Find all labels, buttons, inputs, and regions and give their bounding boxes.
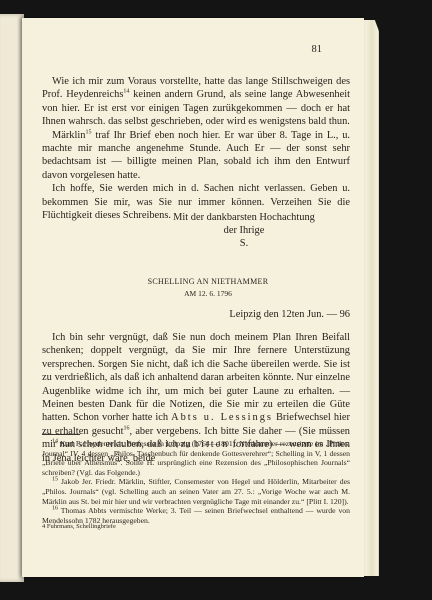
footnote: 14 Karl F. Heydenreich, Professor in Lei… [42,439,350,477]
footnote-number: 16 [52,506,58,512]
paragraph: Märklin15 traf Ihr Brief eben noch hier.… [42,129,350,183]
paragraph-text: traf Ihr Brief eben noch hier. Er war üb… [42,130,350,181]
closing-signature: S. [42,237,350,250]
paragraph-text: Märklin [52,130,85,141]
facing-page-text-fragment [2,74,16,544]
letter-closing: Mit der dankbarsten Hochachtung der Ihri… [42,211,350,250]
footnotes: 14 Karl F. Heydenreich, Professor in Lei… [42,439,350,525]
footnote-number: 14 [52,438,58,444]
dateline: Leipzig den 12ten Jun. — 96 [42,309,350,320]
footnote-number: 15 [52,477,58,483]
page-number: 81 [312,44,323,55]
paragraph-text: Ich bin sehr vergnügt, daß Sie nun doch … [42,332,350,423]
closing-line: der Ihrige [42,224,350,237]
letter-1-body: Wie ich mir zum Voraus vorstellte, hatte… [42,75,350,222]
closing-line: Mit der dankbarsten Hochachtung [42,211,350,224]
spaced-emphasis: Abts u. Lessings [171,412,273,423]
printer-signature: 4 Fuhrmans, Schellingbriefe [42,523,116,530]
footnote: 15 Jakob Jer. Friedr. Märklin, Stiftler,… [42,477,350,506]
letter-title: SCHELLING AN NIETHAMMER [42,277,350,286]
paragraph: Wie ich mir zum Voraus vorstellte, hatte… [42,75,350,129]
footnote-text: Jakob Jer. Friedr. Märklin, Stiftler, Co… [42,477,350,505]
footnote-text: Thomas Abbts vermischte Werke; 3. Teil —… [42,506,350,525]
letter-date: AM 12. 6. 1796 [42,289,350,298]
book-page: 81 Wie ich mir zum Voraus vorstellte, ha… [22,18,364,577]
facing-page-edge [0,14,24,582]
letter-heading: SCHELLING AN NIETHAMMER AM 12. 6. 1796 [42,277,350,298]
footnote-text: Karl F. Heydenreich, Professor in Leipzi… [42,439,350,477]
footnote-divider [42,434,80,435]
